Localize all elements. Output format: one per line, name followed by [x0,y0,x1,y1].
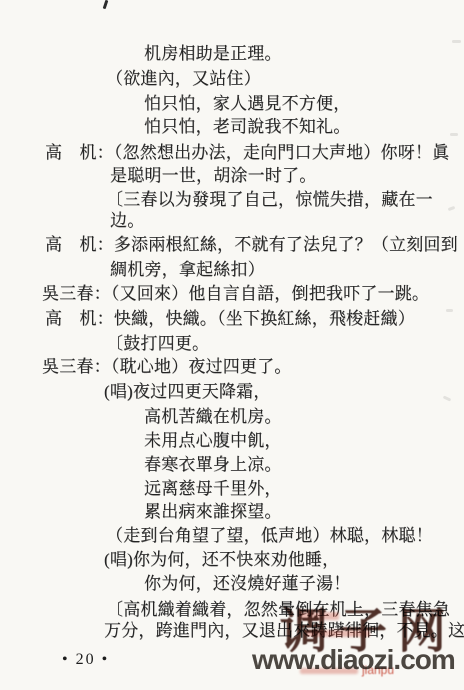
script-line: （走到台角望了望，低声地）林聪，林聪！ [106,526,433,545]
script-line: (唱)夜过四更天降霜， [104,382,271,401]
script-line: 累出病來誰探望。 [144,502,282,521]
scanned-script-page: 机房相助是正理。（欲進內，又站住）怕只怕，家人遇見不方便，怕只怕，老司說我不知礼… [0,0,464,690]
script-text-area: 机房相助是正理。（欲進內，又站住）怕只怕，家人遇見不方便，怕只怕，老司說我不知礼… [0,0,464,690]
script-line: 远离慈母千里外， [144,479,282,498]
script-line: 春寒衣單身上凉。 [144,455,282,474]
script-line: 怕只怕，老司說我不知礼。 [144,117,350,136]
script-line: 高 机：快織，快織。（坐下换紅絲，飛梭赶織） [45,309,415,328]
scan-smudge [452,40,461,43]
script-line: 未用点心腹中飢， [144,431,282,450]
script-line: 你为何，还沒燒好蓮子湯！ [144,574,350,593]
script-line: 〔鼓打四更。 [106,334,209,353]
script-line: 〔三春以为發現了自己，惊慌失措，藏在一 [106,190,433,209]
script-line: (唱)你为何，还不快來劝他睡， [104,550,339,569]
script-line: （欲進內，又站住） [106,69,261,88]
script-line: 吳三春：（又回來）他自言自語，倒把我吓了一跳。 [42,284,429,303]
page-number: • 20 • [62,651,109,669]
script-line: 边。 [110,211,144,230]
script-line: 机房相助是正理。 [144,44,282,63]
script-line: 吳三春：（耽心地）夜过四更了。 [42,357,292,376]
script-line: 綢机旁，拿起絲扣） [110,260,265,279]
script-line: 是聪明一世，胡涂一时了。 [110,166,316,185]
script-line: 高机苦織在机房。 [144,407,282,426]
scan-smudge [446,309,453,312]
script-line: 高 机：（忽然想出办法，走向門口大声地）你呀！眞 [45,143,449,162]
scan-smudge [450,133,458,136]
script-line: 怕只怕，家人遇見不方便， [144,94,350,113]
watermark-url: www.diaozi.com [252,644,455,676]
script-line: 高 机：多添兩根紅絲，不就有了法兒了？（立刻回到 [45,235,458,254]
